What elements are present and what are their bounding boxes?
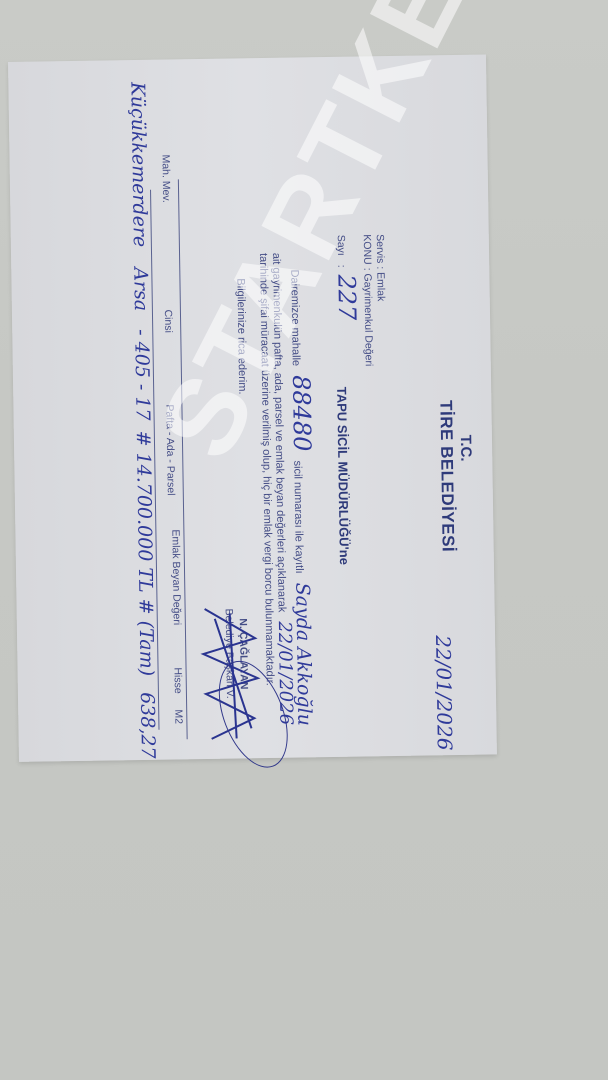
meta-konu: KONU : Gayrimenkul Değeri	[361, 234, 375, 366]
header-institution: TİRE BELEDİYESİ	[435, 400, 457, 552]
col-emlak-beyan-degeri: Emlak Beyan Değeri	[169, 529, 183, 625]
header-tc: T.C.	[457, 435, 474, 462]
cell-m2: 638,27	[136, 692, 159, 759]
servis-label: Servis	[374, 234, 386, 263]
cell-mahalle: Küçükkemerdere	[126, 82, 151, 248]
header-date: 22/01/2026	[431, 635, 457, 751]
konu-value: : Gayrimenkul Değeri	[361, 268, 375, 367]
cell-cinsi: Arsa	[129, 267, 152, 311]
col-m2: M2	[172, 709, 184, 724]
document-page: T.C. TİRE BELEDİYESİ 22/01/2026 Servis :…	[8, 54, 497, 761]
table-header-rule	[178, 179, 188, 739]
addressee: TAPU SİCİL MÜDÜRLÜĞÜ'ne	[334, 387, 352, 565]
cell-hisse: (Tam)	[135, 621, 158, 677]
cell-emlak-beyan-degeri: # 14.700.000 TL #	[132, 430, 157, 614]
col-mah-mev: Mah. Mev.	[159, 154, 172, 202]
servis-value: : Emlak	[374, 266, 387, 301]
col-cinsi: Cinsi	[162, 309, 174, 333]
watermark: STARTKEY	[134, 0, 528, 478]
meta-servis: Servis : Emlak	[374, 234, 387, 301]
col-hisse: Hisse	[172, 667, 184, 693]
